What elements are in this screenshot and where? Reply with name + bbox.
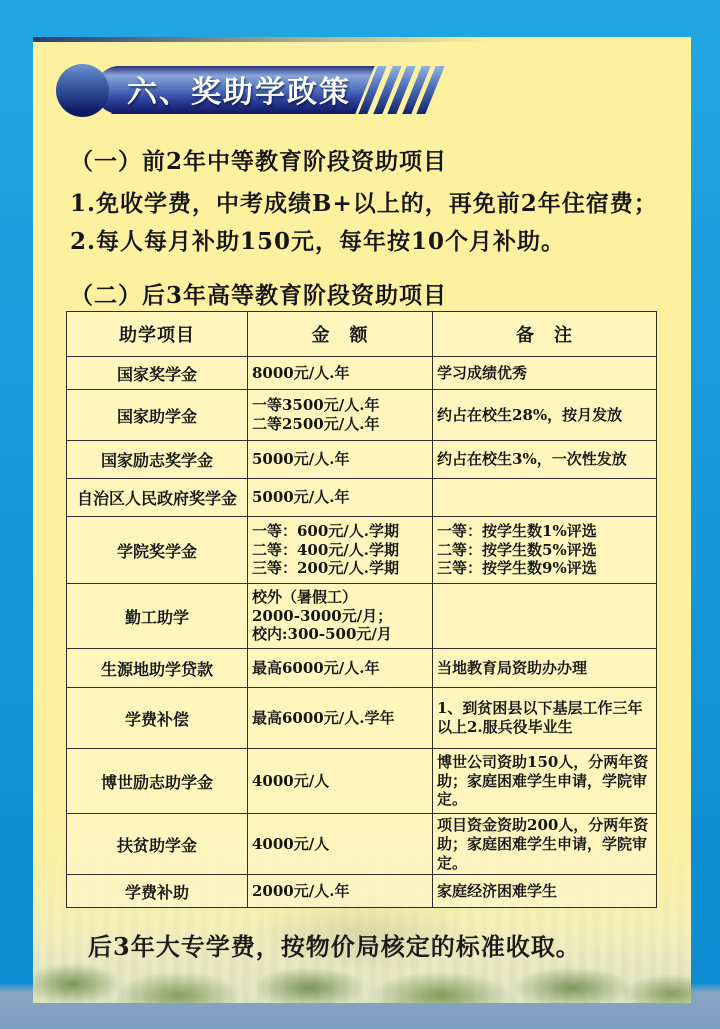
banner-circle-icon xyxy=(56,64,109,117)
aid-table: 助学项目 金 额 备 注 国家奖学金8000元/人.年学习成绩优秀国家助学金一等… xyxy=(66,311,657,908)
amount-cell: 一等：600元/人.学期 二等：400元/人.学期 三等：200元/人.学期 xyxy=(248,517,433,584)
banner-stripes-icon xyxy=(368,66,441,114)
table-row: 学费补助2000元/人.年家庭经济困难学生 xyxy=(67,875,657,908)
poster-background: { "banner": { "title": "六、奖助学政策" }, "sec… xyxy=(0,0,720,1029)
aid-table-body: 国家奖学金8000元/人.年学习成绩优秀国家助学金一等3500元/人.年 二等2… xyxy=(67,357,657,908)
section1-line1: 1.免收学费，中考成绩B+以上的，再免前2年住宿费； xyxy=(70,185,658,218)
note-cell: 一等：按学生数1%评选 二等：按学生数5%评选 三等：按学生数9%评选 xyxy=(433,517,657,584)
table-row: 扶贫助学金4000元/人项目资金资助200人，分两年资助；家庭困难学生申请，学院… xyxy=(67,814,657,875)
amount-cell: 校外（暑假工） 2000-3000元/月； 校内:300-500元/月 xyxy=(248,584,433,649)
section1-title: （一）前2年中等教育阶段资助项目 xyxy=(70,143,447,176)
table-row: 学费补偿最高6000元/人.学年1、到贫困县以下基层工作三年以上2.服兵役毕业生 xyxy=(67,688,657,749)
note-cell: 项目资金资助200人，分两年资助；家庭困难学生申请，学院审定。 xyxy=(433,814,657,875)
project-cell: 学费补助 xyxy=(67,875,248,908)
table-row: 自治区人民政府奖学金5000元/人.年 xyxy=(67,479,657,517)
table-row: 国家奖学金8000元/人.年学习成绩优秀 xyxy=(67,357,657,390)
project-cell: 扶贫助学金 xyxy=(67,814,248,875)
table-row: 生源地助学贷款最高6000元/人.年当地教育局资助办办理 xyxy=(67,649,657,688)
table-row: 国家励志奖学金5000元/人.年约占在校生3%，一次性发放 xyxy=(67,441,657,479)
section1-line2: 2.每人每月补助150元，每年按10个月补助。 xyxy=(70,223,565,256)
project-cell: 自治区人民政府奖学金 xyxy=(67,479,248,517)
table-header-row: 助学项目 金 额 备 注 xyxy=(67,312,657,357)
amount-cell: 4000元/人 xyxy=(248,749,433,814)
note-cell: 家庭经济困难学生 xyxy=(433,875,657,908)
project-cell: 国家助学金 xyxy=(67,390,248,441)
header-note: 备 注 xyxy=(433,312,657,357)
project-cell: 国家励志奖学金 xyxy=(67,441,248,479)
note-cell: 博世公司资助150人，分两年资助；家庭困难学生申请，学院审定。 xyxy=(433,749,657,814)
amount-cell: 5000元/人.年 xyxy=(248,441,433,479)
section-banner: 六、奖助学政策 xyxy=(56,63,466,118)
project-cell: 生源地助学贷款 xyxy=(67,649,248,688)
amount-cell: 一等3500元/人.年 二等2500元/人.年 xyxy=(248,390,433,441)
note-cell: 学习成绩优秀 xyxy=(433,357,657,390)
amount-cell: 2000元/人.年 xyxy=(248,875,433,908)
amount-cell: 最高6000元/人.年 xyxy=(248,649,433,688)
header-amount: 金 额 xyxy=(248,312,433,357)
poster-panel: 六、奖助学政策 （一）前2年中等教育阶段资助项目 1.免收学费，中考成绩B+以上… xyxy=(33,37,691,1003)
project-cell: 博世励志助学金 xyxy=(67,749,248,814)
amount-cell: 最高6000元/人.学年 xyxy=(248,688,433,749)
note-cell xyxy=(433,584,657,649)
project-cell: 学费补偿 xyxy=(67,688,248,749)
project-cell: 国家奖学金 xyxy=(67,357,248,390)
note-cell: 当地教育局资助办办理 xyxy=(433,649,657,688)
project-cell: 勤工助学 xyxy=(67,584,248,649)
amount-cell: 8000元/人.年 xyxy=(248,357,433,390)
section2-title: （二）后3年高等教育阶段资助项目 xyxy=(70,277,447,310)
table-row: 勤工助学校外（暑假工） 2000-3000元/月； 校内:300-500元/月 xyxy=(67,584,657,649)
note-cell: 约占在校生28%，按月发放 xyxy=(433,390,657,441)
footer-note: 后3年大专学费，按物价局核定的标准收取。 xyxy=(88,927,581,962)
amount-cell: 5000元/人.年 xyxy=(248,479,433,517)
project-cell: 学院奖学金 xyxy=(67,517,248,584)
table-row: 博世励志助学金4000元/人博世公司资助150人，分两年资助；家庭困难学生申请，… xyxy=(67,749,657,814)
amount-cell: 4000元/人 xyxy=(248,814,433,875)
table-row: 学院奖学金一等：600元/人.学期 二等：400元/人.学期 三等：200元/人… xyxy=(67,517,657,584)
banner-title: 六、奖助学政策 xyxy=(114,63,364,114)
note-cell: 约占在校生3%，一次性发放 xyxy=(433,441,657,479)
note-cell xyxy=(433,479,657,517)
note-cell: 1、到贫困县以下基层工作三年以上2.服兵役毕业生 xyxy=(433,688,657,749)
table-row: 国家助学金一等3500元/人.年 二等2500元/人.年约占在校生28%，按月发… xyxy=(67,390,657,441)
panel-top-shadow xyxy=(33,37,691,42)
header-project: 助学项目 xyxy=(67,312,248,357)
